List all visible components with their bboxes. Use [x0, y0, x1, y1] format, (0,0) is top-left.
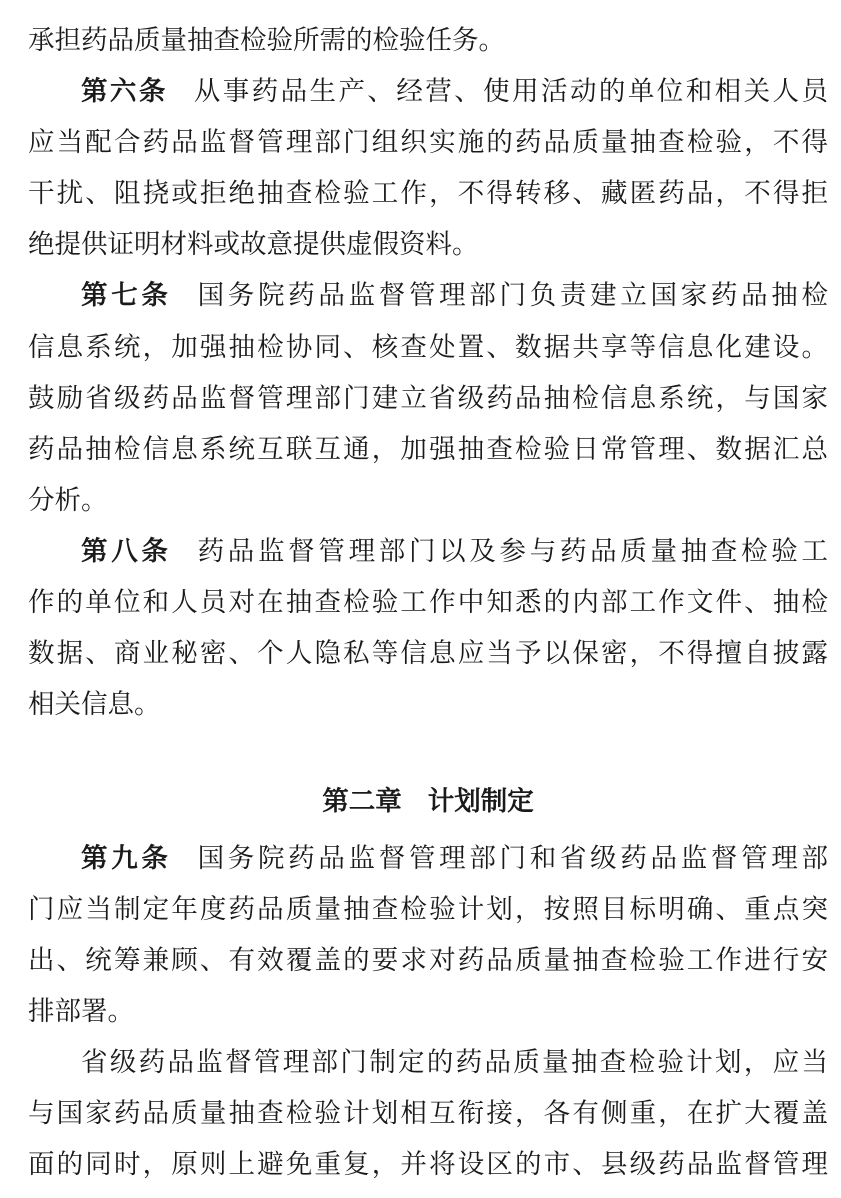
article-7-line: 第七条国务院药品监督管理部门负责建立国家药品抽检: [28, 270, 828, 321]
paragraph-line: 排部署。: [28, 986, 828, 1037]
article-9-text: 国务院药品监督管理部门和省级药品监督管理部: [198, 843, 828, 874]
paragraph-line: 出、统筹兼顾、有效覆盖的要求对药品质量抽查检验工作进行安: [28, 935, 828, 986]
article-8-text: 药品监督管理部门以及参与药品质量抽查检验工: [198, 536, 828, 567]
paragraph-line: 应当配合药品监督管理部门组织实施的药品质量抽查检验，不得: [28, 117, 828, 168]
paragraph-line: 干扰、阻挠或拒绝抽查检验工作，不得转移、藏匿药品，不得拒: [28, 168, 828, 219]
article-9-label: 第九条: [81, 843, 172, 874]
chapter-title: 计划制定: [428, 786, 534, 817]
blank-line: [28, 730, 828, 781]
paragraph-line: 数据、商业秘密、个人隐私等信息应当予以保密，不得擅自披露: [28, 628, 828, 679]
document-page: 承担药品质量抽查检验所需的检验任务。 第六条从事药品生产、经营、使用活动的单位和…: [28, 15, 828, 1190]
paragraph-line: 与国家药品质量抽查检验计划相互衔接，各有侧重，在扩大覆盖: [28, 1088, 828, 1139]
paragraph-line: 作的单位和人员对在抽查检验工作中知悉的内部工作文件、抽检: [28, 577, 828, 628]
article-6-label: 第六条: [81, 76, 168, 107]
paragraph-line: 承担药品质量抽查检验所需的检验任务。: [28, 15, 828, 66]
article-7-text: 国务院药品监督管理部门负责建立国家药品抽检: [198, 280, 828, 311]
article-6-line: 第六条从事药品生产、经营、使用活动的单位和相关人员: [28, 66, 828, 117]
article-6-text: 从事药品生产、经营、使用活动的单位和相关人员: [194, 76, 828, 107]
paragraph-line: 分析。: [28, 475, 828, 526]
paragraph-line: 面的同时，原则上避免重复，并将设区的市、县级药品监督管理: [28, 1139, 828, 1190]
article-8-label: 第八条: [81, 536, 172, 567]
chapter-heading: 第二章计划制定: [28, 781, 828, 832]
paragraph-line: 门应当制定年度药品质量抽查检验计划，按照目标明确、重点突: [28, 884, 828, 935]
article-7-label: 第七条: [81, 280, 172, 311]
article-9-line: 第九条国务院药品监督管理部门和省级药品监督管理部: [28, 833, 828, 884]
article-8-line: 第八条药品监督管理部门以及参与药品质量抽查检验工: [28, 526, 828, 577]
chapter-number: 第二章: [322, 786, 402, 817]
paragraph-line: 绝提供证明材料或故意提供虚假资料。: [28, 219, 828, 270]
paragraph-line: 信息系统，加强抽检协同、核查处置、数据共享等信息化建设。: [28, 322, 828, 373]
paragraph-line: 相关信息。: [28, 679, 828, 730]
paragraph-line: 省级药品监督管理部门制定的药品质量抽查检验计划，应当: [28, 1037, 828, 1088]
paragraph-line: 鼓励省级药品监督管理部门建立省级药品抽检信息系统，与国家: [28, 373, 828, 424]
paragraph-line: 药品抽检信息系统互联互通，加强抽查检验日常管理、数据汇总: [28, 424, 828, 475]
